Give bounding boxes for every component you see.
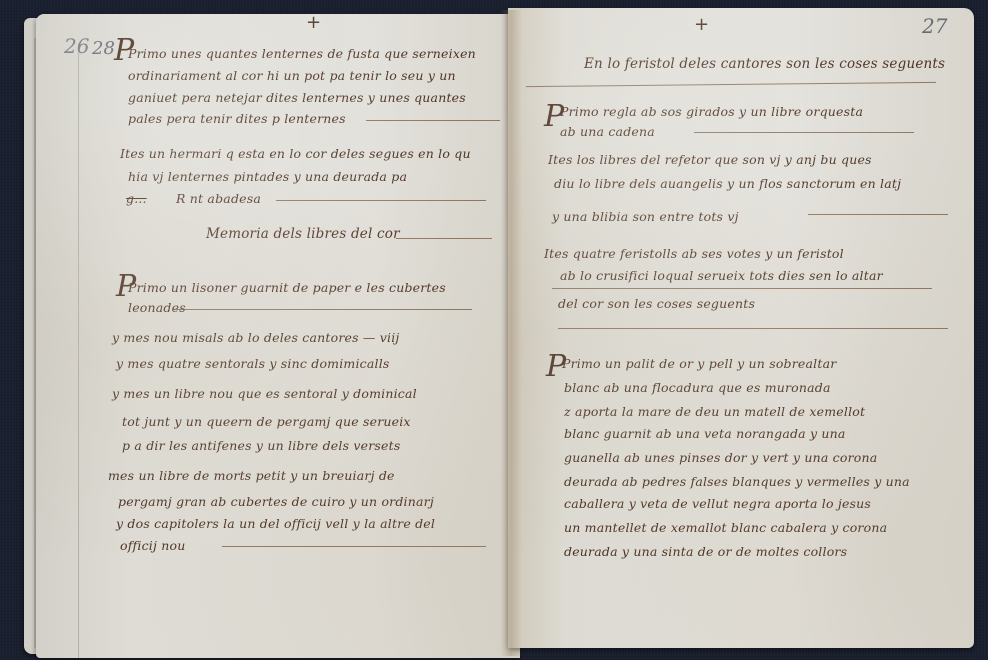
rule-line: [552, 288, 932, 289]
book-gutter: [500, 10, 522, 656]
open-manuscript: + 26 28 P Primo unes quantes lenternes d…: [0, 0, 988, 660]
text-line: del cor son les coses seguents: [558, 298, 755, 311]
rule-line: [222, 546, 486, 547]
text-line: Ites quatre feristolls ab ses votes y un…: [544, 248, 844, 261]
section-heading: Memoria dels libres del cor: [206, 228, 400, 242]
text-line: guanella ab unes pinses dor y vert y una…: [564, 452, 877, 465]
text-line: Ites un hermari q esta en lo cor deles s…: [120, 148, 471, 161]
text-line: pergamj gran ab cubertes de cuiro y un o…: [118, 496, 434, 509]
text-line: y dos capitolers la un del officij vell …: [116, 518, 435, 531]
text-line: deurada y una sinta de or de moltes coll…: [564, 546, 847, 559]
text-line: Primo regla ab sos girados y un libre or…: [560, 106, 863, 119]
right-page: + 27 En lo feristol deles cantores son l…: [508, 8, 974, 648]
struck-word: g...: [126, 193, 147, 206]
page-fold-line: [78, 44, 79, 658]
text-line: z aporta la mare de deu un matell de xem…: [564, 406, 865, 419]
text-line: blanc ab una flocadura que es muronada: [564, 382, 831, 395]
rule-line: [172, 309, 472, 310]
text-line: hia vj lenternes pintades y una deurada …: [128, 171, 407, 184]
text-line: mes un libre de morts petit y un breuiar…: [108, 470, 395, 483]
folio-number-new: 28: [92, 38, 115, 59]
text-line: y una blibia son entre tots vj: [552, 211, 739, 224]
text-line: diu lo libre dels auangelis y un flos sa…: [554, 178, 901, 191]
text-line: p a dir les antifenes y un libre dels ve…: [122, 440, 400, 453]
folio-number: 27: [922, 14, 947, 38]
text-line: ordinariament al cor hi un pot pa tenir …: [128, 70, 456, 83]
text-line: officij nou: [120, 540, 185, 553]
text-line: Primo un lisoner guarnit de paper e les …: [128, 282, 446, 295]
text-line: un mantellet de xemallot blanc cabalera …: [564, 522, 887, 535]
text-line: caballera y veta de vellut negra aporta …: [564, 498, 871, 511]
text-line: Primo unes quantes lenternes de fusta qu…: [128, 48, 476, 61]
rule-line: [366, 120, 500, 121]
text-line: deurada ab pedres falses blanques y verm…: [564, 476, 910, 489]
rule-line: [396, 238, 492, 239]
text-line: pales pera tenir dites p lenternes: [128, 113, 346, 126]
text-line: y mes nou misals ab lo deles cantores — …: [112, 332, 400, 345]
text-line: y mes quatre sentorals y sinc domimicall…: [116, 358, 390, 371]
top-cross-mark: +: [306, 14, 321, 33]
left-page: + 26 28 P Primo unes quantes lenternes d…: [36, 14, 520, 658]
rule-line: [558, 328, 948, 329]
text-line: ab una cadena: [560, 126, 655, 139]
text-line: y mes un libre nou que es sentoral y dom…: [112, 388, 417, 401]
text-line: Ites los libres del refetor que son vj y…: [548, 154, 872, 167]
section-heading: En lo feristol deles cantores son les co…: [584, 58, 945, 72]
text-line: R nt abadesa: [176, 193, 261, 206]
text-line: tot junt y un queern de pergamj que seru…: [122, 416, 411, 429]
top-cross-mark: +: [694, 14, 709, 35]
text-line: ab lo crusifici loqual serueix tots dies…: [560, 270, 883, 283]
text-line: Primo un palit de or y pell y un sobreal…: [562, 358, 836, 371]
rule-line: [526, 82, 936, 87]
rule-line: [694, 132, 914, 133]
text-line: ganiuet pera netejar dites lenternes y u…: [128, 92, 466, 105]
text-line: blanc guarnit ab una veta norangada y un…: [564, 428, 846, 441]
rule-line: [276, 200, 486, 201]
rule-line: [808, 214, 948, 215]
folio-number-old: 26: [64, 34, 89, 58]
